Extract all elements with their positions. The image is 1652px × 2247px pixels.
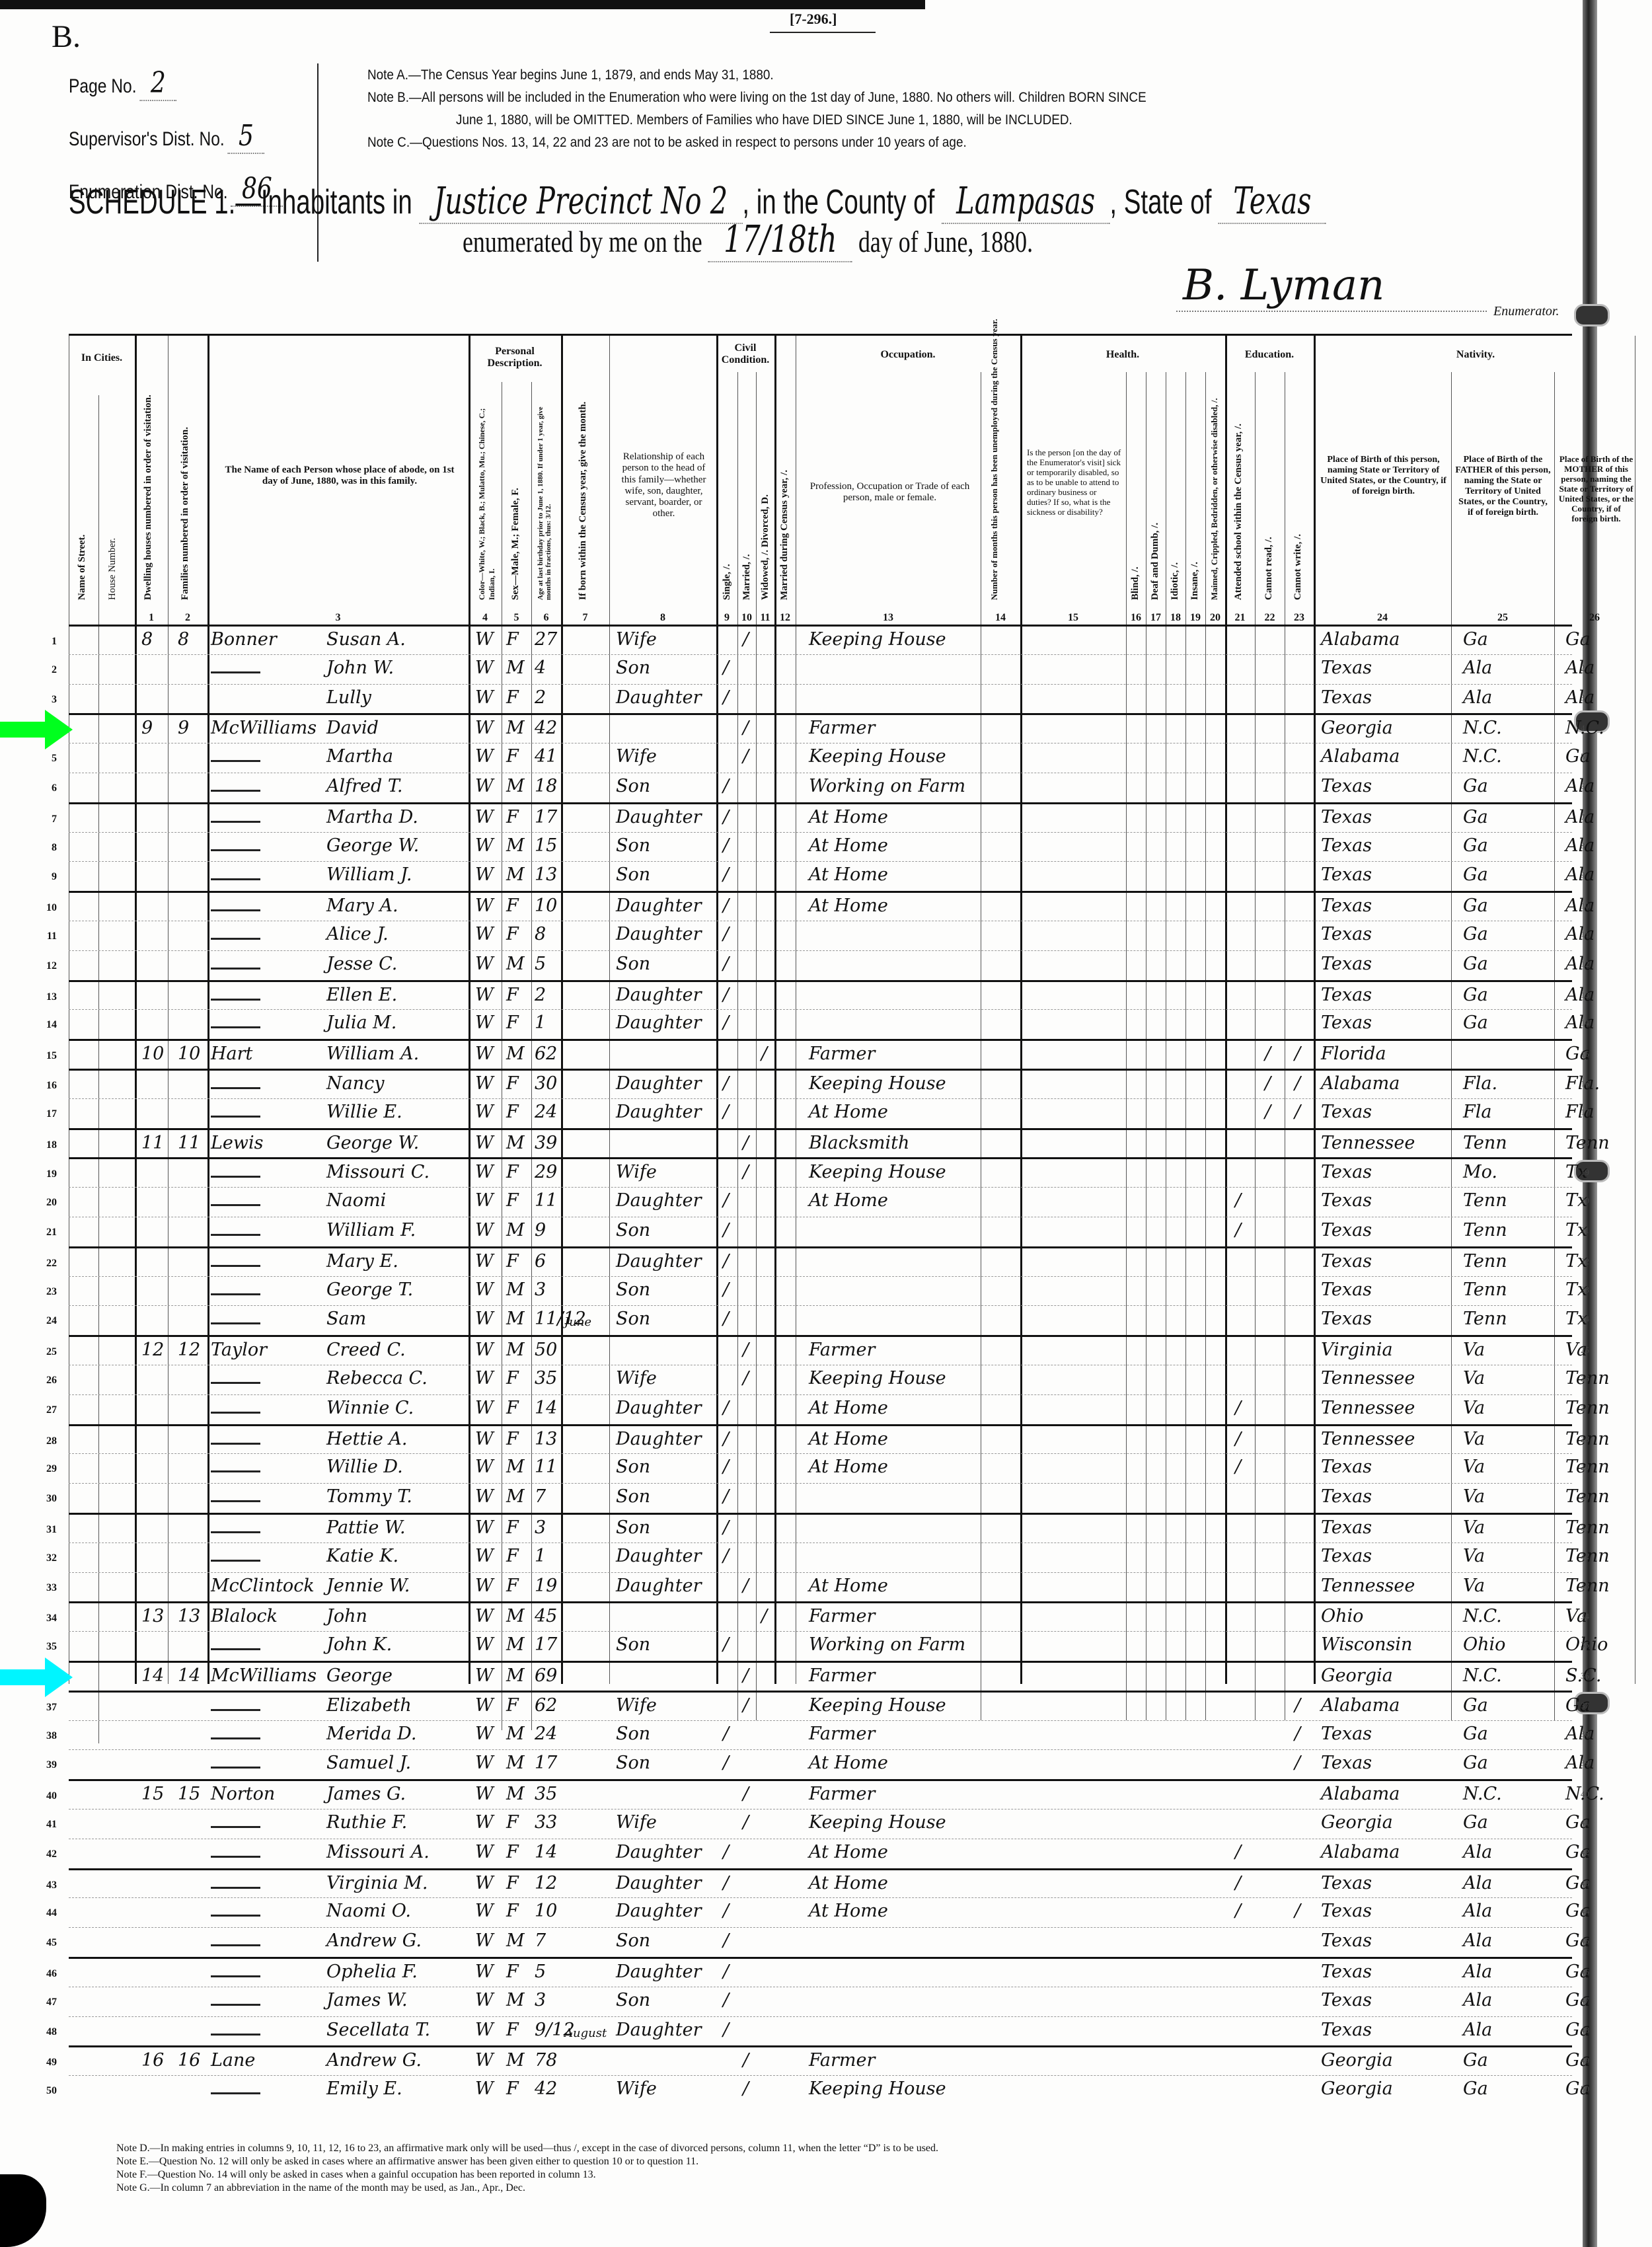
line-number-right: 26	[1581, 1373, 1600, 1384]
relationship: Son	[616, 1930, 650, 1951]
ditto-dash	[211, 1204, 260, 1206]
relationship: Daughter	[616, 807, 702, 827]
line-number: 13	[30, 991, 57, 1003]
sex: F	[506, 1695, 519, 1716]
line-number-right: 23	[1581, 1285, 1600, 1295]
note-d: Note D.—In making entries in columns 9, …	[116, 2143, 938, 2154]
surname	[211, 2078, 260, 2099]
ditto-dash	[211, 790, 260, 792]
table-row: 39 Samuel J. W M 17 Son / At Home / Texa…	[69, 1749, 1572, 1780]
birthplace: Texas	[1321, 1220, 1372, 1240]
relationship: Son	[616, 1634, 650, 1655]
enumeration-date: enumerated by me on the 17/18th day of J…	[463, 218, 1033, 261]
single-mark: /	[723, 1190, 729, 1211]
sex: F	[506, 1546, 519, 1566]
table-row: 50 Emily E. W F 42 Wife / Keeping House …	[69, 2075, 1572, 2106]
birthplace: Georgia	[1321, 1665, 1393, 1686]
color: W	[475, 1842, 494, 1862]
ditto-dash	[211, 1443, 260, 1445]
line-number-right: 16	[1581, 1079, 1600, 1089]
sex: M	[506, 1753, 525, 1773]
color: W	[475, 954, 494, 974]
color: W	[475, 1576, 494, 1596]
occupation: At Home	[809, 835, 888, 856]
given-name: Jennie W.	[326, 1576, 410, 1596]
sex: F	[506, 746, 519, 767]
sex: F	[506, 629, 519, 650]
single-mark: /	[723, 1634, 729, 1655]
surname	[211, 985, 260, 1005]
married-mark: /	[743, 2078, 749, 2099]
surname	[211, 1220, 260, 1240]
father-birthplace: Ga	[1463, 895, 1488, 916]
given-name: Hettie A.	[326, 1429, 408, 1449]
age: 14	[535, 1398, 557, 1418]
school-mark: /	[1235, 1398, 1241, 1418]
color: W	[475, 985, 494, 1005]
line-number-right: 40	[1581, 1789, 1600, 1800]
family-number: 9	[178, 718, 189, 738]
cannot-read-mark: /	[1265, 1044, 1271, 1064]
color: W	[475, 1398, 494, 1418]
line-number: 45	[30, 1937, 57, 1949]
given-name: Sam	[326, 1309, 366, 1329]
married-mark: /	[743, 1665, 749, 1686]
age: 3	[535, 1990, 546, 2010]
given-name: Tommy T.	[326, 1486, 412, 1507]
single-mark: /	[723, 1457, 729, 1477]
color: W	[475, 1546, 494, 1566]
surname: McClintock	[211, 1576, 315, 1596]
line-number: 23	[30, 1286, 57, 1298]
birthplace: Alabama	[1321, 1784, 1400, 1804]
line-number-right: 2	[1581, 663, 1600, 673]
single-mark: /	[723, 924, 729, 944]
dwelling-number: 12	[141, 1340, 164, 1360]
father-birthplace: Fla	[1463, 1102, 1491, 1122]
given-name: William F.	[326, 1220, 416, 1240]
line-number-right: 38	[1581, 1729, 1600, 1739]
line-number: 30	[30, 1493, 57, 1505]
scan-edge	[0, 0, 925, 9]
table-row: 42 Missouri A. W F 14 Daughter / At Home…	[69, 1839, 1572, 1869]
age: 30	[535, 1073, 557, 1094]
age: 11	[535, 1457, 557, 1477]
table-row: 10 Mary A. W F 10 Daughter / At Home Tex…	[69, 891, 1572, 923]
given-name: John K.	[326, 1634, 392, 1655]
enumerator-label: Enumerator.	[1493, 304, 1559, 319]
sex: M	[506, 1220, 525, 1240]
ditto-dash	[211, 849, 260, 851]
surname	[211, 1990, 260, 2010]
line-number: 49	[30, 2057, 57, 2069]
table-row: 25 12 12 Taylor Creed C. W M 50 / Farmer…	[69, 1335, 1572, 1367]
age: 6	[535, 1251, 546, 1272]
color: W	[475, 1340, 494, 1360]
birthplace: Texas	[1321, 2020, 1372, 2040]
age: 3	[535, 1517, 546, 1538]
married-mark: /	[743, 1133, 749, 1153]
cannot-write-mark: /	[1295, 1073, 1300, 1094]
header-insane: Insane, /.	[1189, 547, 1201, 600]
ditto-dash	[211, 938, 260, 940]
table-row: 27 Winnie C. W F 14 Daughter / At Home /…	[69, 1394, 1572, 1425]
given-name: John	[326, 1606, 367, 1626]
ditto-dash	[211, 1500, 260, 1502]
table-row: 15 10 10 Hart William A. W M 62 / Farmer…	[69, 1039, 1572, 1071]
line-number-right: 12	[1581, 959, 1600, 970]
surname	[211, 1429, 260, 1449]
age: 42	[535, 2078, 557, 2099]
line-number-right: 18	[1581, 1138, 1600, 1149]
ditto-dash	[211, 999, 260, 1001]
header-cannot-read: Cannot read, /.	[1263, 514, 1275, 600]
header-single: Single, /.	[722, 521, 733, 600]
line-number-right: 3	[1581, 693, 1600, 703]
age: 24	[535, 1102, 557, 1122]
father-birthplace: Va	[1463, 1576, 1485, 1596]
birthplace: Tennessee	[1321, 1429, 1415, 1449]
header-dwelling: Dwelling houses numbered in order of vis…	[143, 375, 154, 600]
father-birthplace: N.C.	[1463, 1606, 1502, 1626]
sex: F	[506, 895, 519, 916]
school-mark: /	[1235, 1220, 1241, 1240]
table-row: 48 Secellata T. W F 9/12 August Daughter…	[69, 2016, 1572, 2047]
header-age: Age at last birthday prior to June 1, 18…	[537, 382, 558, 600]
age: 13	[535, 864, 557, 885]
line-number: 34	[30, 1613, 57, 1624]
sex: F	[506, 1251, 519, 1272]
relationship: Son	[616, 1220, 650, 1240]
relationship: Daughter	[616, 687, 702, 708]
sex: M	[506, 1309, 525, 1329]
father-birthplace: Ala	[1463, 1961, 1492, 1982]
birthplace: Texas	[1321, 1990, 1372, 2010]
table-row: 12 Jesse C. W M 5 Son / Texas Ga Ala 12	[69, 950, 1572, 981]
dwelling-number: 16	[141, 2050, 164, 2071]
father-birthplace: Va	[1463, 1368, 1485, 1389]
ditto-dash	[211, 1412, 260, 1414]
header-married-year: Married during Census year, /.	[779, 461, 790, 600]
relationship: Daughter	[616, 1251, 702, 1272]
header-in-cities: In Cities.	[69, 352, 135, 364]
line-number: 40	[30, 1790, 57, 1802]
married-mark: /	[743, 1695, 749, 1716]
father-birthplace: Ala	[1463, 1842, 1492, 1862]
line-number: 42	[30, 1848, 57, 1860]
line-number-right: 21	[1581, 1225, 1600, 1236]
occupation: At Home	[809, 1901, 888, 1921]
father-birthplace: Ala	[1463, 2020, 1492, 2040]
table-row: 47 James W. W M 3 Son / Texas Ala Ga 47	[69, 1987, 1572, 2017]
relationship: Daughter	[616, 1012, 702, 1033]
color: W	[475, 1486, 494, 1507]
sex: F	[506, 1901, 519, 1921]
occupation: Keeping House	[809, 1695, 946, 1716]
married-mark: /	[743, 629, 749, 650]
relationship: Wife	[616, 1368, 657, 1389]
relationship: Son	[616, 776, 650, 796]
line-number-right: 19	[1581, 1167, 1600, 1178]
relationship: Daughter	[616, 1576, 702, 1596]
relationship: Son	[616, 1517, 650, 1538]
line-number-right: 7	[1581, 812, 1600, 823]
surname	[211, 1546, 260, 1566]
given-name: Lully	[326, 687, 371, 708]
header-occupation: Occupation.	[796, 349, 1020, 361]
cannot-write-mark: /	[1295, 1044, 1300, 1064]
father-birthplace: N.C.	[1463, 1784, 1502, 1804]
table-row: 20 Naomi W F 11 Daughter / At Home / Tex…	[69, 1187, 1572, 1217]
birth-month: August	[564, 2026, 607, 2040]
table-row: 24 Sam W M 11/12 June Son / Texas Tenn T…	[69, 1305, 1572, 1336]
line-number-right: 37	[1581, 1700, 1600, 1711]
sex: F	[506, 1102, 519, 1122]
header-widowed: Widowed, /. Divorced, D.	[760, 468, 771, 600]
line-number-right: 27	[1581, 1403, 1600, 1414]
given-name: Andrew G.	[326, 2050, 422, 2071]
line-number-right: 41	[1581, 1817, 1600, 1828]
color: W	[475, 1606, 494, 1626]
ditto-dash	[211, 1560, 260, 1562]
surname: McWilliams	[211, 1665, 317, 1686]
age: 62	[535, 1044, 557, 1064]
birthplace: Alabama	[1321, 629, 1400, 650]
ditto-dash	[211, 1026, 260, 1028]
age: 19	[535, 1576, 557, 1596]
cannot-write-mark: /	[1295, 1102, 1300, 1122]
given-name: Katie K.	[326, 1546, 398, 1566]
table-row: 9 William J. W M 13 Son / At Home Texas …	[69, 861, 1572, 892]
single-mark: /	[723, 2020, 729, 2040]
given-name: David	[326, 718, 379, 738]
occupation: At Home	[809, 1753, 888, 1773]
color: W	[475, 746, 494, 767]
birthplace: Ohio	[1321, 1606, 1363, 1626]
ditto-dash	[211, 1767, 260, 1769]
birthplace: Texas	[1321, 1753, 1372, 1773]
father-birthplace: N.C.	[1463, 718, 1502, 738]
occupation: Farmer	[809, 1784, 875, 1804]
sex: F	[506, 1162, 519, 1182]
ditto-dash	[211, 1176, 260, 1178]
relationship: Daughter	[616, 924, 702, 944]
header-family: Families numbered in order of visitation…	[180, 375, 191, 600]
dwelling-number: 8	[141, 629, 153, 650]
father-birthplace: Tenn	[1463, 1279, 1507, 1300]
given-name: George	[326, 1665, 393, 1686]
single-mark: /	[723, 1724, 729, 1744]
color: W	[475, 1073, 494, 1094]
sex: M	[506, 1990, 525, 2010]
age: 2	[535, 985, 546, 1005]
line-number-right: 8	[1581, 841, 1600, 851]
occupation: Farmer	[809, 1724, 875, 1744]
given-name: George W.	[326, 1133, 419, 1153]
family-number: 12	[178, 1340, 200, 1360]
married-mark: /	[743, 1368, 749, 1389]
line-number: 18	[30, 1139, 57, 1151]
age: 5	[535, 954, 546, 974]
line-number-right: 46	[1581, 1967, 1600, 1977]
given-name: Ophelia F.	[326, 1961, 418, 1982]
table-row: 45 Andrew G. W M 7 Son / Texas Ala Ga 45	[69, 1927, 1572, 1958]
school-mark: /	[1235, 1190, 1241, 1211]
enumeration-day-value: 17/18th	[708, 218, 852, 262]
single-mark: /	[723, 1753, 729, 1773]
relationship: Daughter	[616, 1546, 702, 1566]
given-name: Mary A.	[326, 895, 398, 916]
color: W	[475, 1873, 494, 1893]
sex: M	[506, 1724, 525, 1744]
color: W	[475, 2020, 494, 2040]
sex: F	[506, 1429, 519, 1449]
color: W	[475, 1279, 494, 1300]
single-mark: /	[723, 1842, 729, 1862]
cannot-write-mark: /	[1295, 1695, 1300, 1716]
father-birthplace: Ga	[1463, 1753, 1488, 1773]
father-birthplace: Ga	[1463, 864, 1488, 885]
line-number: 8	[30, 842, 57, 854]
single-mark: /	[723, 1279, 729, 1300]
father-birthplace: Ga	[1463, 985, 1488, 1005]
occupation: Farmer	[809, 1340, 875, 1360]
signature-line	[1176, 311, 1487, 312]
age: 14	[535, 1842, 557, 1862]
table-row: 37 Elizabeth W F 62 Wife / Keeping House…	[69, 1691, 1572, 1722]
single-mark: /	[723, 1990, 729, 2010]
schedule-title: SCHEDULE 1.—Inhabitants in Justice Preci…	[69, 180, 1326, 223]
surname	[211, 864, 260, 885]
birthplace: Texas	[1321, 954, 1372, 974]
age: 13	[535, 1429, 557, 1449]
father-birthplace: Ala	[1463, 658, 1492, 678]
father-birthplace: Ga	[1463, 2050, 1488, 2071]
table-row: 43 Virginia M. W F 12 Daughter / At Home…	[69, 1868, 1572, 1900]
birthplace: Florida	[1321, 1044, 1386, 1064]
line-number: 5	[30, 753, 57, 765]
birthplace: Texas	[1321, 1012, 1372, 1033]
sex: F	[506, 2078, 519, 2099]
line-number-right: 48	[1581, 2025, 1600, 2036]
sex: M	[506, 1044, 525, 1064]
birthplace: Texas	[1321, 776, 1372, 796]
occupation: Keeping House	[809, 1162, 946, 1182]
single-mark: /	[723, 1961, 729, 1982]
header-attended-school: Attended school within the Census year, …	[1233, 402, 1244, 600]
line-number: 6	[30, 782, 57, 794]
father-birthplace: Ga	[1463, 1812, 1488, 1833]
relationship: Son	[616, 1724, 650, 1744]
line-number-right: 13	[1581, 990, 1600, 1001]
father-birthplace: Va	[1463, 1340, 1485, 1360]
surname: Hart	[211, 1044, 252, 1064]
note-e: Note E.—Question No. 12 will only be ask…	[116, 2156, 698, 2168]
age: 29	[535, 1162, 557, 1182]
ditto-dash	[211, 760, 260, 762]
relationship: Wife	[616, 2078, 657, 2099]
family-number: 8	[178, 629, 189, 650]
header-birth-month: If born within the Census year, give the…	[578, 375, 589, 600]
relationship: Wife	[616, 629, 657, 650]
ditto-dash	[211, 1293, 260, 1295]
surname	[211, 807, 260, 827]
given-name: Winnie C.	[326, 1398, 414, 1418]
header-health: Health.	[1020, 349, 1225, 361]
sex: F	[506, 1190, 519, 1211]
line-number-right: 28	[1581, 1434, 1600, 1445]
widowed-mark: /	[761, 1044, 767, 1064]
single-mark: /	[723, 1901, 729, 1921]
line-number: 16	[30, 1080, 57, 1092]
occupation: At Home	[809, 1576, 888, 1596]
surname	[211, 1162, 260, 1182]
birthplace: Georgia	[1321, 718, 1393, 738]
table-row: 2 John W. W M 4 Son / Texas Ala Ala 2	[69, 654, 1572, 685]
given-name: Missouri A.	[326, 1842, 430, 1862]
married-mark: /	[743, 1812, 749, 1833]
line-number-right: 17	[1581, 1107, 1600, 1118]
age: 18	[535, 776, 557, 796]
color: W	[475, 1368, 494, 1389]
age: 10	[535, 895, 557, 916]
sex: M	[506, 1606, 525, 1626]
birthplace: Alabama	[1321, 746, 1400, 767]
age: 9	[535, 1220, 546, 1240]
given-name: Alice J.	[326, 924, 389, 944]
married-mark: /	[743, 2050, 749, 2071]
surname: Lewis	[211, 1133, 264, 1153]
surname: McWilliams	[211, 718, 317, 738]
father-birthplace: Ga	[1463, 1012, 1488, 1033]
surname	[211, 1073, 260, 1094]
line-number-right: 44	[1581, 1906, 1600, 1917]
relationship: Daughter	[616, 1429, 702, 1449]
birthplace: Alabama	[1321, 1842, 1400, 1862]
birthplace: Texas	[1321, 1724, 1372, 1744]
ditto-dash	[211, 1116, 260, 1118]
line-number-right: 29	[1581, 1462, 1600, 1472]
family-number: 11	[178, 1133, 200, 1153]
table-row: 38 Merida D. W M 24 Son / Farmer / Texas…	[69, 1720, 1572, 1751]
occupation: At Home	[809, 1457, 888, 1477]
header-sickness: Is the person [on the day of the Enumera…	[1027, 448, 1123, 517]
birthplace: Texas	[1321, 658, 1372, 678]
married-mark: /	[743, 1784, 749, 1804]
line-number: 50	[30, 2085, 57, 2097]
row-marker-arrow-icon	[0, 710, 73, 749]
given-name: Ellen E.	[326, 985, 397, 1005]
single-mark: /	[723, 864, 729, 885]
cannot-write-mark: /	[1295, 1753, 1300, 1773]
given-name: Missouri C.	[326, 1162, 430, 1182]
line-number: 20	[30, 1197, 57, 1209]
ditto-dash	[211, 1709, 260, 1711]
father-birthplace: Tenn	[1463, 1309, 1507, 1329]
place-value: Justice Precinct No 2	[419, 180, 742, 224]
line-number-right: 34	[1581, 1611, 1600, 1622]
birthplace: Georgia	[1321, 2050, 1393, 2071]
sex: M	[506, 2050, 525, 2071]
single-mark: /	[723, 807, 729, 827]
single-mark: /	[723, 1486, 729, 1507]
single-mark: /	[723, 658, 729, 678]
color: W	[475, 1901, 494, 1921]
school-mark: /	[1235, 1429, 1241, 1449]
given-name: Julia M.	[326, 1012, 396, 1033]
given-name: George W.	[326, 835, 419, 856]
ditto-dash	[211, 968, 260, 970]
